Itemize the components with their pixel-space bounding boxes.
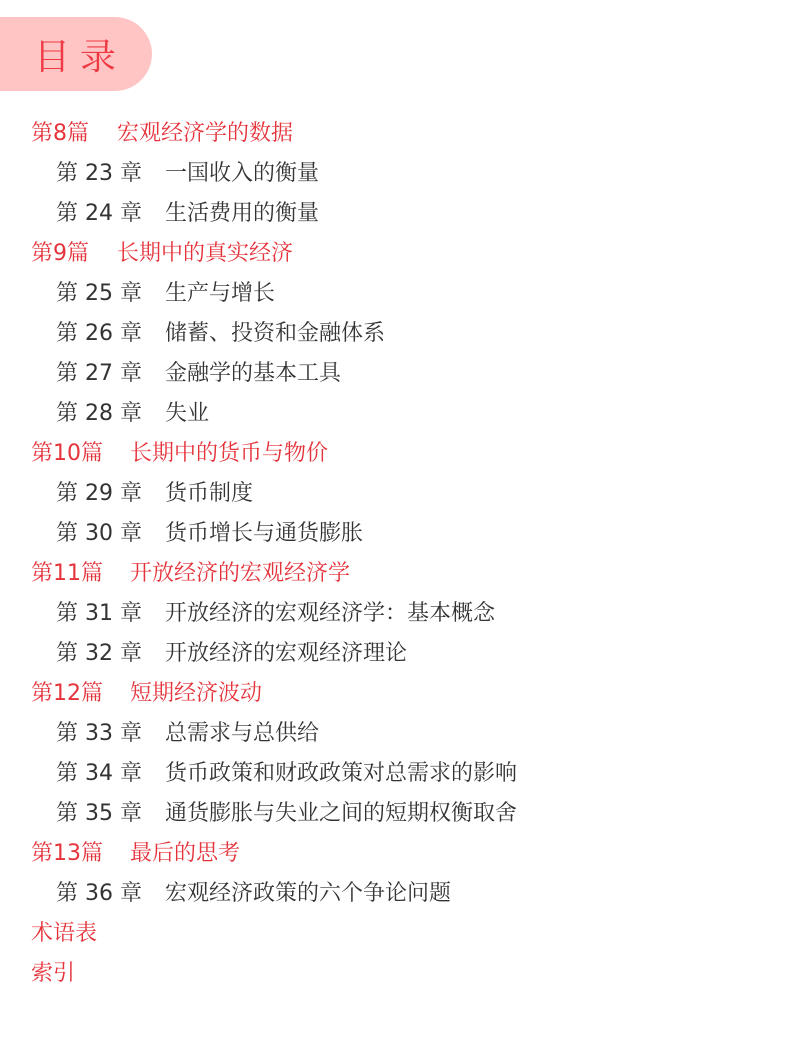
chapter-number: 第 31 章 (56, 594, 165, 634)
toc-part-12[interactable]: 第12篇短期经济波动 (0, 674, 790, 714)
toc-chapter-33[interactable]: 第 33 章总需求与总供给 (0, 714, 790, 754)
toc-chapter-24[interactable]: 第 24 章生活费用的衡量 (0, 194, 790, 234)
chapter-title: 通货膨胀与失业之间的短期权衡取舍 (165, 794, 517, 834)
toc-chapter-36[interactable]: 第 36 章宏观经济政策的六个争论问题 (0, 874, 790, 914)
toc-index[interactable]: 索引 (0, 954, 790, 994)
toc-part-10[interactable]: 第10篇长期中的货币与物价 (0, 434, 790, 474)
chapter-title: 生产与增长 (165, 274, 275, 314)
toc-chapter-35[interactable]: 第 35 章通货膨胀与失业之间的短期权衡取舍 (0, 794, 790, 834)
chapter-number: 第 27 章 (56, 354, 165, 394)
chapter-number: 第 30 章 (56, 514, 165, 554)
chapter-title: 货币制度 (165, 474, 253, 514)
toc-part-11[interactable]: 第11篇开放经济的宏观经济学 (0, 554, 790, 594)
chapter-title: 储蓄、投资和金融体系 (165, 314, 385, 354)
chapter-title: 货币政策和财政政策对总需求的影响 (165, 754, 517, 794)
chapter-number: 第 29 章 (56, 474, 165, 514)
chapter-number: 第 33 章 (56, 714, 165, 754)
chapter-title: 金融学的基本工具 (165, 354, 341, 394)
part-title: 长期中的真实经济 (117, 234, 293, 274)
chapter-number: 第 32 章 (56, 634, 165, 674)
toc-glossary[interactable]: 术语表 (0, 914, 790, 954)
chapter-number: 第 35 章 (56, 794, 165, 834)
part-number: 第11篇 (31, 554, 130, 594)
toc-chapter-34[interactable]: 第 34 章货币政策和财政政策对总需求的影响 (0, 754, 790, 794)
toc-chapter-31[interactable]: 第 31 章开放经济的宏观经济学：基本概念 (0, 594, 790, 634)
table-of-contents: 第8篇宏观经济学的数据 第 23 章一国收入的衡量 第 24 章生活费用的衡量 … (0, 114, 790, 994)
chapter-title: 总需求与总供给 (165, 714, 319, 754)
chapter-title: 开放经济的宏观经济学：基本概念 (165, 594, 495, 634)
toc-chapter-32[interactable]: 第 32 章开放经济的宏观经济理论 (0, 634, 790, 674)
part-title: 宏观经济学的数据 (117, 114, 293, 154)
chapter-title: 生活费用的衡量 (165, 194, 319, 234)
chapter-title: 宏观经济政策的六个争论问题 (165, 874, 451, 914)
index-title: 索引 (31, 954, 75, 994)
toc-header: 目录 (0, 17, 152, 91)
part-title: 最后的思考 (130, 834, 240, 874)
toc-chapter-29[interactable]: 第 29 章货币制度 (0, 474, 790, 514)
toc-part-13[interactable]: 第13篇最后的思考 (0, 834, 790, 874)
part-number: 第9篇 (31, 234, 117, 274)
toc-part-8[interactable]: 第8篇宏观经济学的数据 (0, 114, 790, 154)
chapter-number: 第 25 章 (56, 274, 165, 314)
part-number: 第12篇 (31, 674, 130, 714)
chapter-title: 货币增长与通货膨胀 (165, 514, 363, 554)
chapter-number: 第 28 章 (56, 394, 165, 434)
part-number: 第8篇 (31, 114, 117, 154)
glossary-title: 术语表 (31, 914, 97, 954)
part-title: 开放经济的宏观经济学 (130, 554, 350, 594)
chapter-number: 第 23 章 (56, 154, 165, 194)
toc-part-9[interactable]: 第9篇长期中的真实经济 (0, 234, 790, 274)
chapter-title: 一国收入的衡量 (165, 154, 319, 194)
chapter-number: 第 34 章 (56, 754, 165, 794)
chapter-number: 第 26 章 (56, 314, 165, 354)
chapter-title: 失业 (165, 394, 209, 434)
toc-chapter-30[interactable]: 第 30 章货币增长与通货膨胀 (0, 514, 790, 554)
part-title: 短期经济波动 (130, 674, 262, 714)
toc-chapter-26[interactable]: 第 26 章储蓄、投资和金融体系 (0, 314, 790, 354)
toc-chapter-28[interactable]: 第 28 章失业 (0, 394, 790, 434)
toc-chapter-23[interactable]: 第 23 章一国收入的衡量 (0, 154, 790, 194)
toc-chapter-27[interactable]: 第 27 章金融学的基本工具 (0, 354, 790, 394)
page-title: 目录 (34, 29, 126, 80)
part-title: 长期中的货币与物价 (130, 434, 328, 474)
chapter-number: 第 24 章 (56, 194, 165, 234)
chapter-title: 开放经济的宏观经济理论 (165, 634, 407, 674)
part-number: 第13篇 (31, 834, 130, 874)
toc-chapter-25[interactable]: 第 25 章生产与增长 (0, 274, 790, 314)
part-number: 第10篇 (31, 434, 130, 474)
chapter-number: 第 36 章 (56, 874, 165, 914)
